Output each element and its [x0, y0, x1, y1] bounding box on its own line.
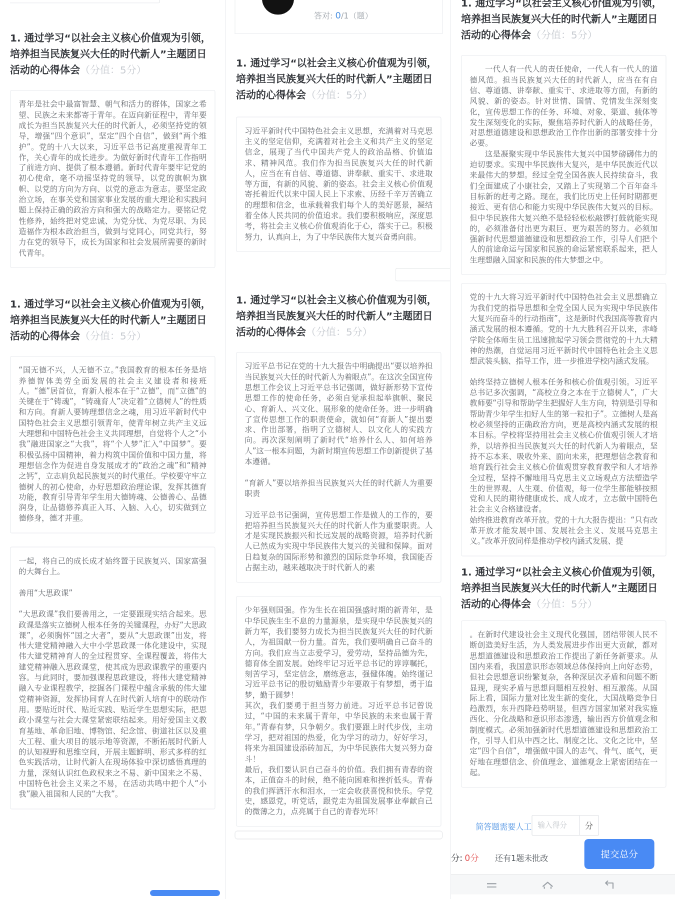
answer-text: 青年是社会中最富智慧、朝气和活力的群体，国家之希望、民族之未来都寄于青年。在迈向…	[19, 99, 207, 258]
answer-card: 。在新时代建设社会主义现代化强国，团结带领人民不断创造美好生活，为人类发展进步作…	[461, 620, 666, 787]
column-right: 1. 通过学习“以社会主义核心价值观为引领，培养担当民族复兴大任的时代新人”主题…	[450, 0, 675, 899]
answer-card: 一起，将自己的成长成才始终置于民族复兴、国家富强的大舞台上。 善用“大思政课” …	[10, 547, 215, 810]
answer-card: 一代人有一代人的责任使命，一代人有一代人的道德风范。担当民族复兴大任的时代新人，…	[461, 55, 666, 275]
total-score-label: 总分:	[450, 854, 463, 864]
answer-text: 。在新时代建设社会主义现代化强国，团结带领人民不断创造美好生活，为人类发展进步作…	[470, 630, 658, 778]
answer-card: 少年强则国强。作为生长在祖国强盛时期的新青年，是中华民族生生不息的力量源泉，是实…	[236, 596, 441, 827]
column-middle-content: 答对: 0/1（题） 1. 通过学习“以社会主义核心价值观为引领，培养担当民族复…	[226, 0, 450, 899]
column-left: 1. 通过学习“以社会主义核心价值观为引领，培养担当民族复兴大任的时代新人”主题…	[0, 0, 225, 899]
score-input-box: 分	[532, 815, 599, 836]
column-left-content: 1. 通过学习“以社会主义核心价值观为引领，培养担当民族复兴大任的时代新人”主题…	[0, 0, 225, 899]
answer-summary-card: 答对: 0/1（题）	[235, 0, 443, 34]
answer-text: 习近平总书记在党的十九大报告中明确提出“要以培养担当民族复兴大任的时代新人为着眼…	[245, 361, 433, 573]
question-score: （分值：5分）	[531, 598, 597, 610]
avatar	[262, 0, 294, 15]
input-field-fragment	[395, 268, 450, 281]
question-title: 1. 通过学习“以社会主义核心价值观为引领，培养担当民族复兴大任的时代新人”主题…	[236, 55, 441, 103]
total-score: 总分:0分	[450, 851, 479, 864]
back-icon[interactable]	[603, 880, 615, 891]
home-icon[interactable]	[542, 880, 554, 891]
input-field-fragment	[235, 831, 443, 840]
question-score: （分值：5分）	[80, 330, 146, 342]
column-right-content: 1. 通过学习“以社会主义核心价值观为引领，培养担当民族复兴大任的时代新人”主题…	[451, 0, 675, 894]
score-input[interactable]	[532, 816, 579, 835]
question-score: （分值：5分）	[531, 29, 597, 41]
cropped-card-edge	[10, 0, 160, 3]
column-middle: 答对: 0/1（题） 1. 通过学习“以社会主义核心价值观为引领，培养担当民族复…	[225, 0, 450, 899]
android-navbar	[451, 874, 675, 894]
question-title: 1. 通过学习“以社会主义核心价值观为引领，培养担当民族复兴大任的时代新人”主题…	[461, 0, 666, 43]
answer-text: 习近平新时代中国特色社会主义思想，充满着对马克思主义的坚定信仰，充满着对社会主义…	[245, 126, 433, 243]
submit-total-button[interactable]: 提交总分	[584, 839, 654, 869]
correct-label: 答对:	[314, 11, 333, 20]
answer-card: 青年是社会中最富智慧、朝气和活力的群体，国家之希望、民族之未来都寄于青年。在迈向…	[10, 90, 215, 268]
total-score-bar: 总分:0分 还有1题未批改 提交总分	[451, 838, 675, 875]
question-title: 1. 通过学习“以社会主义核心价值观为引领，培养担当民族复兴大任的时代新人”主题…	[236, 292, 441, 340]
answer-text: 一代人有一代人的责任使命，一代人有一代人的道德风范。担当民族复兴大任的时代新人，…	[470, 64, 658, 149]
submit-button-fragment[interactable]	[150, 890, 220, 896]
question-title: 1. 通过学习“以社会主义核心价值观为引领，培养担当民族复兴大任的时代新人”主题…	[10, 30, 215, 78]
remaining-ungraded-text: 还有1题未批改	[495, 852, 548, 863]
answer-card: 习近平总书记在党的十九大报告中明确提出“要以培养担当民族复兴大任的时代新人为着眼…	[236, 352, 441, 583]
answer-text: 这是凝聚实现中华民族伟大复兴中国梦磅礴伟力的迫切要求。实现中华民族伟大复兴，是中…	[470, 149, 658, 266]
answer-text: 党的十九大将习近平新时代中国特色社会主义思想确立为我们党的指导思想和全党全国人民…	[470, 292, 658, 547]
manual-grading-bar: 简答题需要人工评分 分	[451, 815, 675, 838]
score-unit-label: 分	[579, 816, 598, 835]
correct-suffix: /1（题）	[341, 11, 373, 20]
question-score: （分值：5分）	[80, 64, 146, 76]
answer-card: 党的十九大将习近平新时代中国特色社会主义思想确立为我们党的指导思想和全党全国人民…	[461, 283, 666, 556]
menu-icon[interactable]	[486, 880, 498, 891]
screenshot-collage: 1. 通过学习“以社会主义核心价值观为引领，培养担当民族复兴大任的时代新人”主题…	[0, 0, 675, 899]
question-score: （分值：5分）	[306, 89, 372, 101]
answer-text: “国无德不兴，人无德不立。”我国教育的根本任务是培养德智体美劳全面发展的社会主义…	[19, 365, 207, 524]
answer-text: 一起，将自己的成长成才始终置于民族复兴、国家富强的大舞台上。 善用“大思政课” …	[19, 556, 207, 800]
question-title: 1. 通过学习“以社会主义核心价值观为引领，培养担当民族复兴大任的时代新人”主题…	[10, 296, 215, 344]
answer-text: 少年强则国强。作为生长在祖国强盛时期的新青年，是中华民族生生不息的力量源泉，是实…	[245, 605, 433, 817]
answer-card: “国无德不兴，人无德不立。”我国教育的根本任务是培养德智体美劳全面发展的社会主义…	[10, 356, 215, 534]
total-score-value: 0分	[465, 854, 479, 864]
answer-card: 习近平新时代中国特色社会主义思想，充满着对马克思主义的坚定信仰，充满着对社会主义…	[236, 117, 441, 252]
question-title: 1. 通过学习“以社会主义核心价值观为引领，培养担当民族复兴大任的时代新人”主题…	[461, 564, 666, 612]
question-score: （分值：5分）	[306, 326, 372, 338]
correct-count: 答对: 0/1（题）	[314, 10, 373, 21]
